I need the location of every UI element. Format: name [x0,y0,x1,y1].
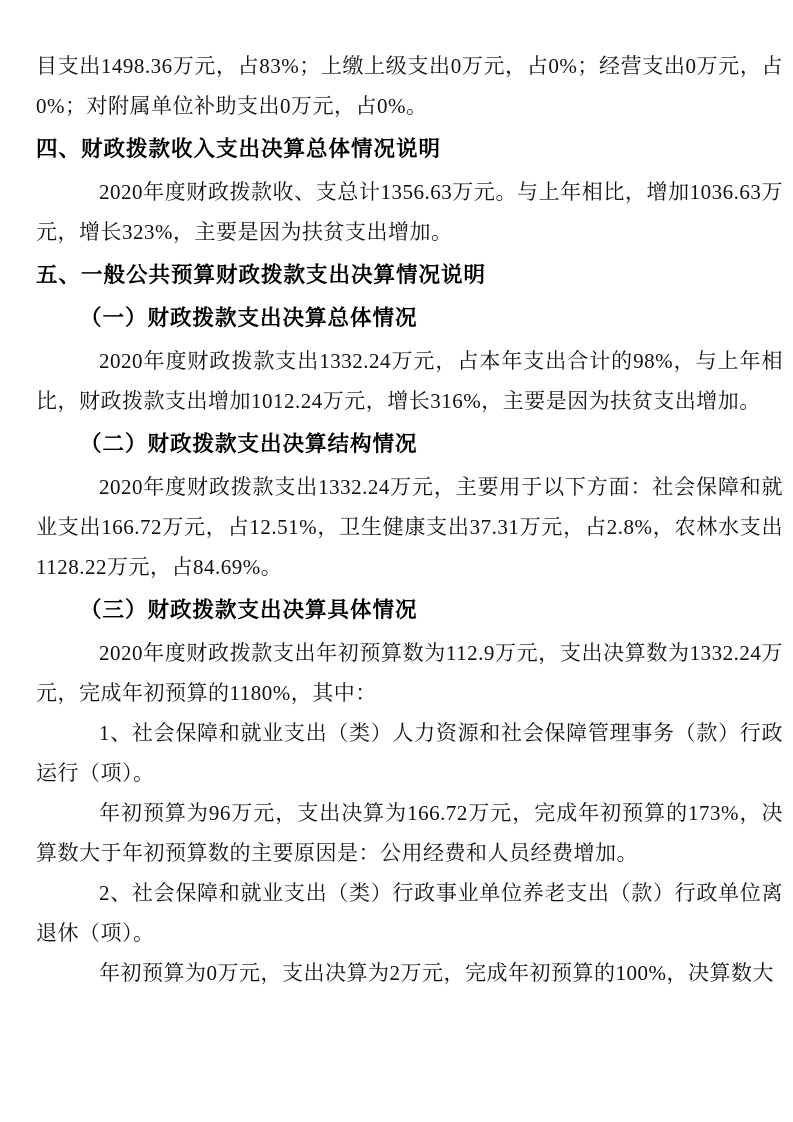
paragraph-item-1-detail: 年初预算为96万元，支出决算为166.72万元，完成年初预算的173%，决算数大… [36,793,783,873]
section-heading-5: 五、一般公共预算财政拨款支出决算情况说明 [36,255,783,295]
paragraph-item-1-title: 1、社会保障和就业支出（类）人力资源和社会保障管理事务（款）行政运行（项）。 [36,713,783,793]
paragraph-expenditure-structure: 2020年度财政拨款支出1332.24万元，主要用于以下方面：社会保障和就业支出… [36,467,783,587]
document-page: 目支出1498.36万元，占83%；上缴上级支出0万元，占0%；经营支出0万元，… [0,0,793,1122]
subsection-heading-1: （一）财政拨款支出决算总体情况 [36,298,783,338]
paragraph-expenditure-detail-intro: 2020年度财政拨款支出年初预算数为112.9万元，支出决算数为1332.24万… [36,633,783,713]
subsection-heading-3: （三）财政拨款支出决算具体情况 [36,590,783,630]
paragraph-continued-from-previous-page: 目支出1498.36万元，占83%；上缴上级支出0万元，占0%；经营支出0万元，… [36,46,783,126]
section-heading-4: 四、财政拨款收入支出决算总体情况说明 [36,129,783,169]
paragraph-item-2-detail-truncated: 年初预算为0万元，支出决算为2万元，完成年初预算的100%，决算数大 [36,953,783,993]
subsection-heading-2: （二）财政拨款支出决算结构情况 [36,424,783,464]
paragraph-expenditure-overall: 2020年度财政拨款支出1332.24万元，占本年支出合计的98%，与上年相比，… [36,341,783,421]
paragraph-item-2-title: 2、社会保障和就业支出（类）行政事业单位养老支出（款）行政单位离退休（项）。 [36,873,783,953]
paragraph-total-fiscal-appropriation: 2020年度财政拨款收、支总计1356.63万元。与上年相比，增加1036.63… [36,172,783,252]
